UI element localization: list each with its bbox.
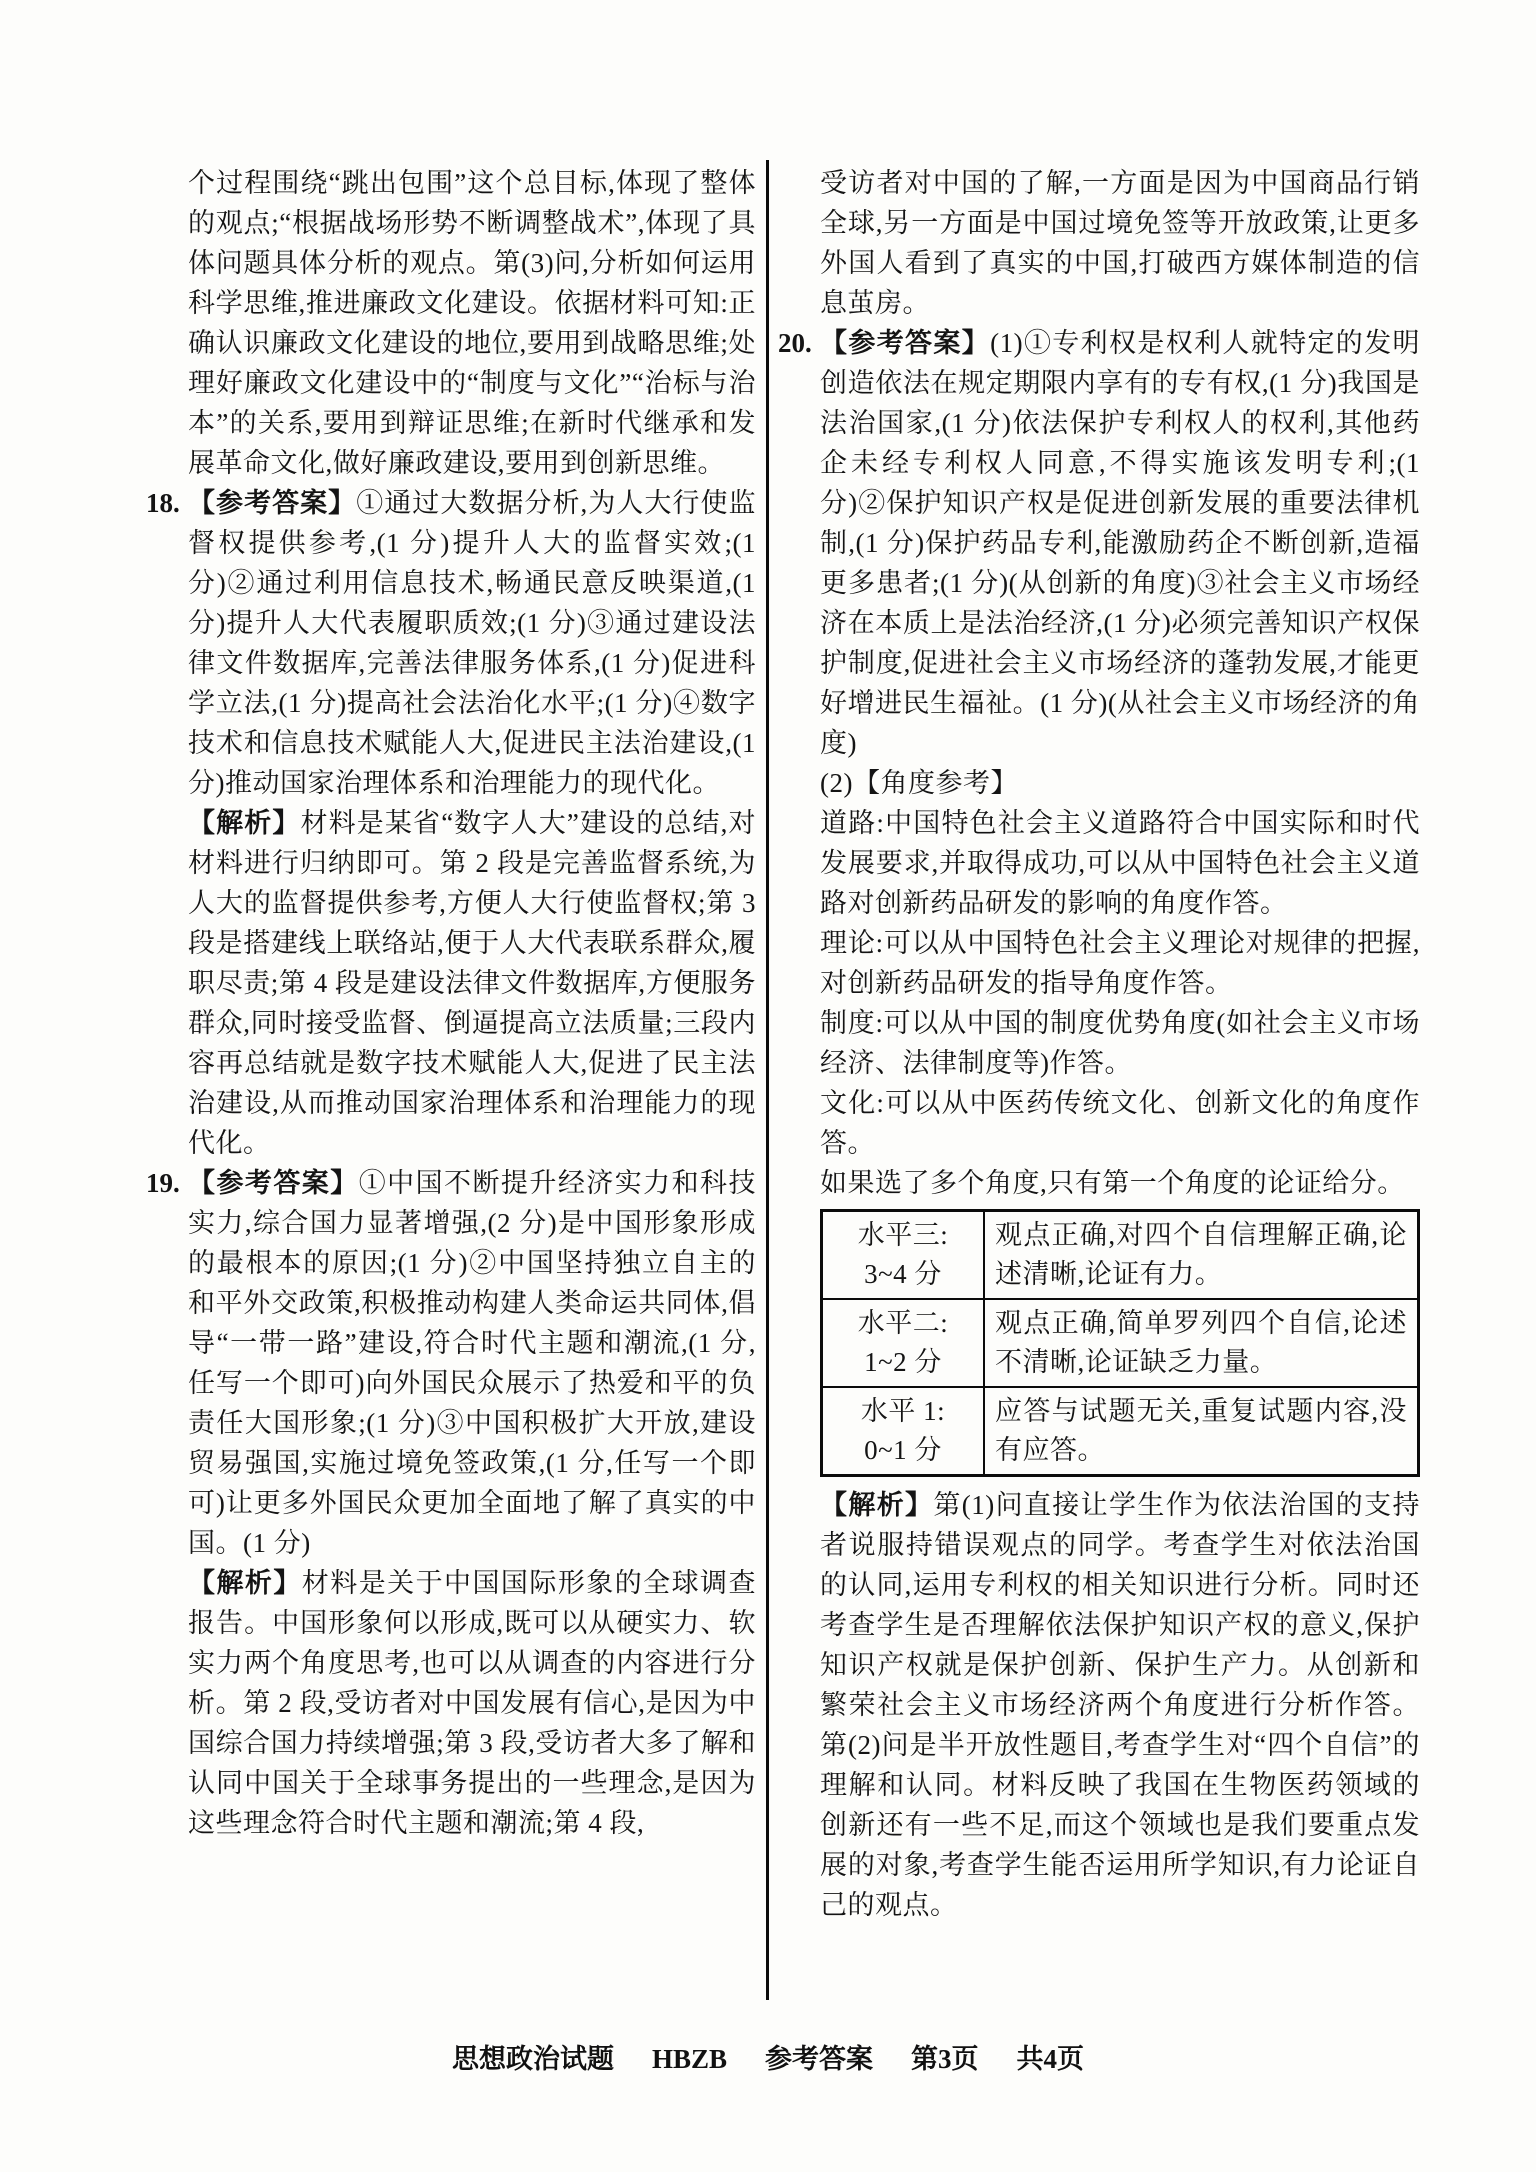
rubric-level-score: 1~2 分 — [829, 1343, 977, 1382]
item-19-answer-text: ①中国不断提升经济实力和科技实力,综合国力显著增强,(2 分)是中国形象形成的最… — [188, 1168, 756, 1558]
item-18-answer-text: ①通过大数据分析,为人大行使监督权提供参考,(1 分)提升人大的监督实效;(1 … — [188, 488, 756, 798]
rubric-row-level3: 水平三:3~4 分 观点正确,对四个自信理解正确,论述清晰,论证有力。 — [822, 1211, 1419, 1300]
angle-paragraph-zhidu: 制度:可以从中国的制度优势角度(如社会主义市场经济、法律制度等)作答。 — [820, 1003, 1420, 1083]
item-18-answer-paragraph: 【参考答案】①通过大数据分析,为人大行使监督权提供参考,(1 分)提升人大的监督… — [188, 483, 756, 803]
left-column: 个过程围绕“跳出包围”这个总目标,体现了整体的观点;“根据战场形势不断调整战术”… — [188, 163, 756, 1843]
rubric-level-score: 3~4 分 — [829, 1255, 977, 1294]
continuation-paragraph-q19: 受访者对中国的了解,一方面是因为中国商品行销全球,另一方面是中国过境免签等开放政… — [820, 163, 1420, 323]
item-19-analysis-paragraph: 【解析】材料是关于中国国际形象的全球调查报告。中国形象何以形成,既可以从硬实力、… — [188, 1563, 756, 1843]
footer-code: HBZB — [652, 2044, 727, 2074]
answer-item-19: 19. 【参考答案】①中国不断提升经济实力和科技实力,综合国力显著增强,(2 分… — [188, 1163, 756, 1843]
item-20-analysis-paragraph: 【解析】第(1)问直接让学生作为依法治国的支持者说服持错误观点的同学。考查学生对… — [820, 1485, 1420, 1925]
reference-answer-label: 【参考答案】 — [188, 488, 356, 518]
page-footer: 思想政治试题HBZB参考答案第3页共4页 — [0, 2042, 1536, 2076]
rubric-level-score: 0~1 分 — [829, 1431, 977, 1470]
rubric-table: 水平三:3~4 分 观点正确,对四个自信理解正确,论述清晰,论证有力。 水平二:… — [820, 1209, 1420, 1477]
item-20-answer-paragraph: 【参考答案】(1)①专利权是权利人就特定的发明创造依法在规定期限内享有的专有权,… — [820, 323, 1420, 763]
angle-paragraph-wenhua: 文化:可以从中医药传统文化、创新文化的角度作答。 — [820, 1083, 1420, 1163]
column-divider-line — [766, 160, 769, 2000]
page: { "left": { "continuation": "个过程围绕“跳出包围”… — [0, 0, 1536, 2172]
footer-page-total: 共4页 — [1017, 2044, 1085, 2074]
rubric-level-cell: 水平二:1~2 分 — [822, 1299, 985, 1387]
answer-item-20: 20. 【参考答案】(1)①专利权是权利人就特定的发明创造依法在规定期限内享有的… — [820, 323, 1420, 1925]
rubric-desc-cell: 应答与试题无关,重复试题内容,没有应答。 — [984, 1387, 1419, 1476]
item-20-angle-header: (2)【角度参考】 — [820, 763, 1420, 803]
item-18-number: 18. — [146, 483, 180, 523]
item-19-analysis-text: 材料是关于中国国际形象的全球调查报告。中国形象何以形成,既可以从硬实力、软实力两… — [188, 1568, 756, 1838]
angle-paragraph-lilun: 理论:可以从中国特色社会主义理论对规律的把握,对创新药品研发的指导角度作答。 — [820, 923, 1420, 1003]
item-18-analysis-paragraph: 【解析】材料是某省“数字人大”建设的总结,对材料进行归纳即可。第 2 段是完善监… — [188, 803, 756, 1163]
right-column: 受访者对中国的了解,一方面是因为中国商品行销全球,另一方面是中国过境免签等开放政… — [820, 163, 1420, 1925]
footer-page-number: 第3页 — [911, 2044, 979, 2074]
rubric-level-cell: 水平 1:0~1 分 — [822, 1387, 985, 1476]
item-19-answer-paragraph: 【参考答案】①中国不断提升经济实力和科技实力,综合国力显著增强,(2 分)是中国… — [188, 1163, 756, 1563]
rubric-desc-cell: 观点正确,对四个自信理解正确,论述清晰,论证有力。 — [984, 1211, 1419, 1300]
rubric-desc-cell: 观点正确,简单罗列四个自信,论述不清晰,论证缺乏力量。 — [984, 1299, 1419, 1387]
angle-paragraph-daolu: 道路:中国特色社会主义道路符合中国实际和时代发展要求,并取得成功,可以从中国特色… — [820, 803, 1420, 923]
item-18-analysis-text: 材料是某省“数字人大”建设的总结,对材料进行归纳即可。第 2 段是完善监督系统,… — [188, 808, 756, 1158]
reference-answer-label: 【参考答案】 — [188, 1168, 359, 1198]
analysis-label: 【解析】 — [188, 808, 301, 838]
continuation-paragraph-q17: 个过程围绕“跳出包围”这个总目标,体现了整体的观点;“根据战场形势不断调整战术”… — [188, 163, 756, 483]
rubric-row-level1: 水平 1:0~1 分 应答与试题无关,重复试题内容,没有应答。 — [822, 1387, 1419, 1476]
item-19-number: 19. — [146, 1163, 180, 1203]
rubric-level-cell: 水平三:3~4 分 — [822, 1211, 985, 1300]
scoring-note: 如果选了多个角度,只有第一个角度的论证给分。 — [820, 1163, 1420, 1203]
item-20-answer-text: (1)①专利权是权利人就特定的发明创造依法在规定期限内享有的专有权,(1 分)我… — [820, 328, 1420, 758]
rubric-row-level2: 水平二:1~2 分 观点正确,简单罗列四个自信,论述不清晰,论证缺乏力量。 — [822, 1299, 1419, 1387]
footer-label: 参考答案 — [765, 2044, 873, 2074]
footer-subject: 思想政治试题 — [452, 2044, 614, 2074]
reference-answer-label: 【参考答案】 — [820, 328, 990, 358]
analysis-label: 【解析】 — [820, 1490, 933, 1520]
analysis-label: 【解析】 — [188, 1568, 302, 1598]
rubric-level-name: 水平三: — [829, 1216, 977, 1255]
item-20-number: 20. — [778, 323, 812, 363]
rubric-level-name: 水平 1: — [829, 1392, 977, 1431]
rubric-level-name: 水平二: — [829, 1304, 977, 1343]
item-20-analysis-text: 第(1)问直接让学生作为依法治国的支持者说服持错误观点的同学。考查学生对依法治国… — [820, 1490, 1420, 1920]
answer-item-18: 18. 【参考答案】①通过大数据分析,为人大行使监督权提供参考,(1 分)提升人… — [188, 483, 756, 1163]
